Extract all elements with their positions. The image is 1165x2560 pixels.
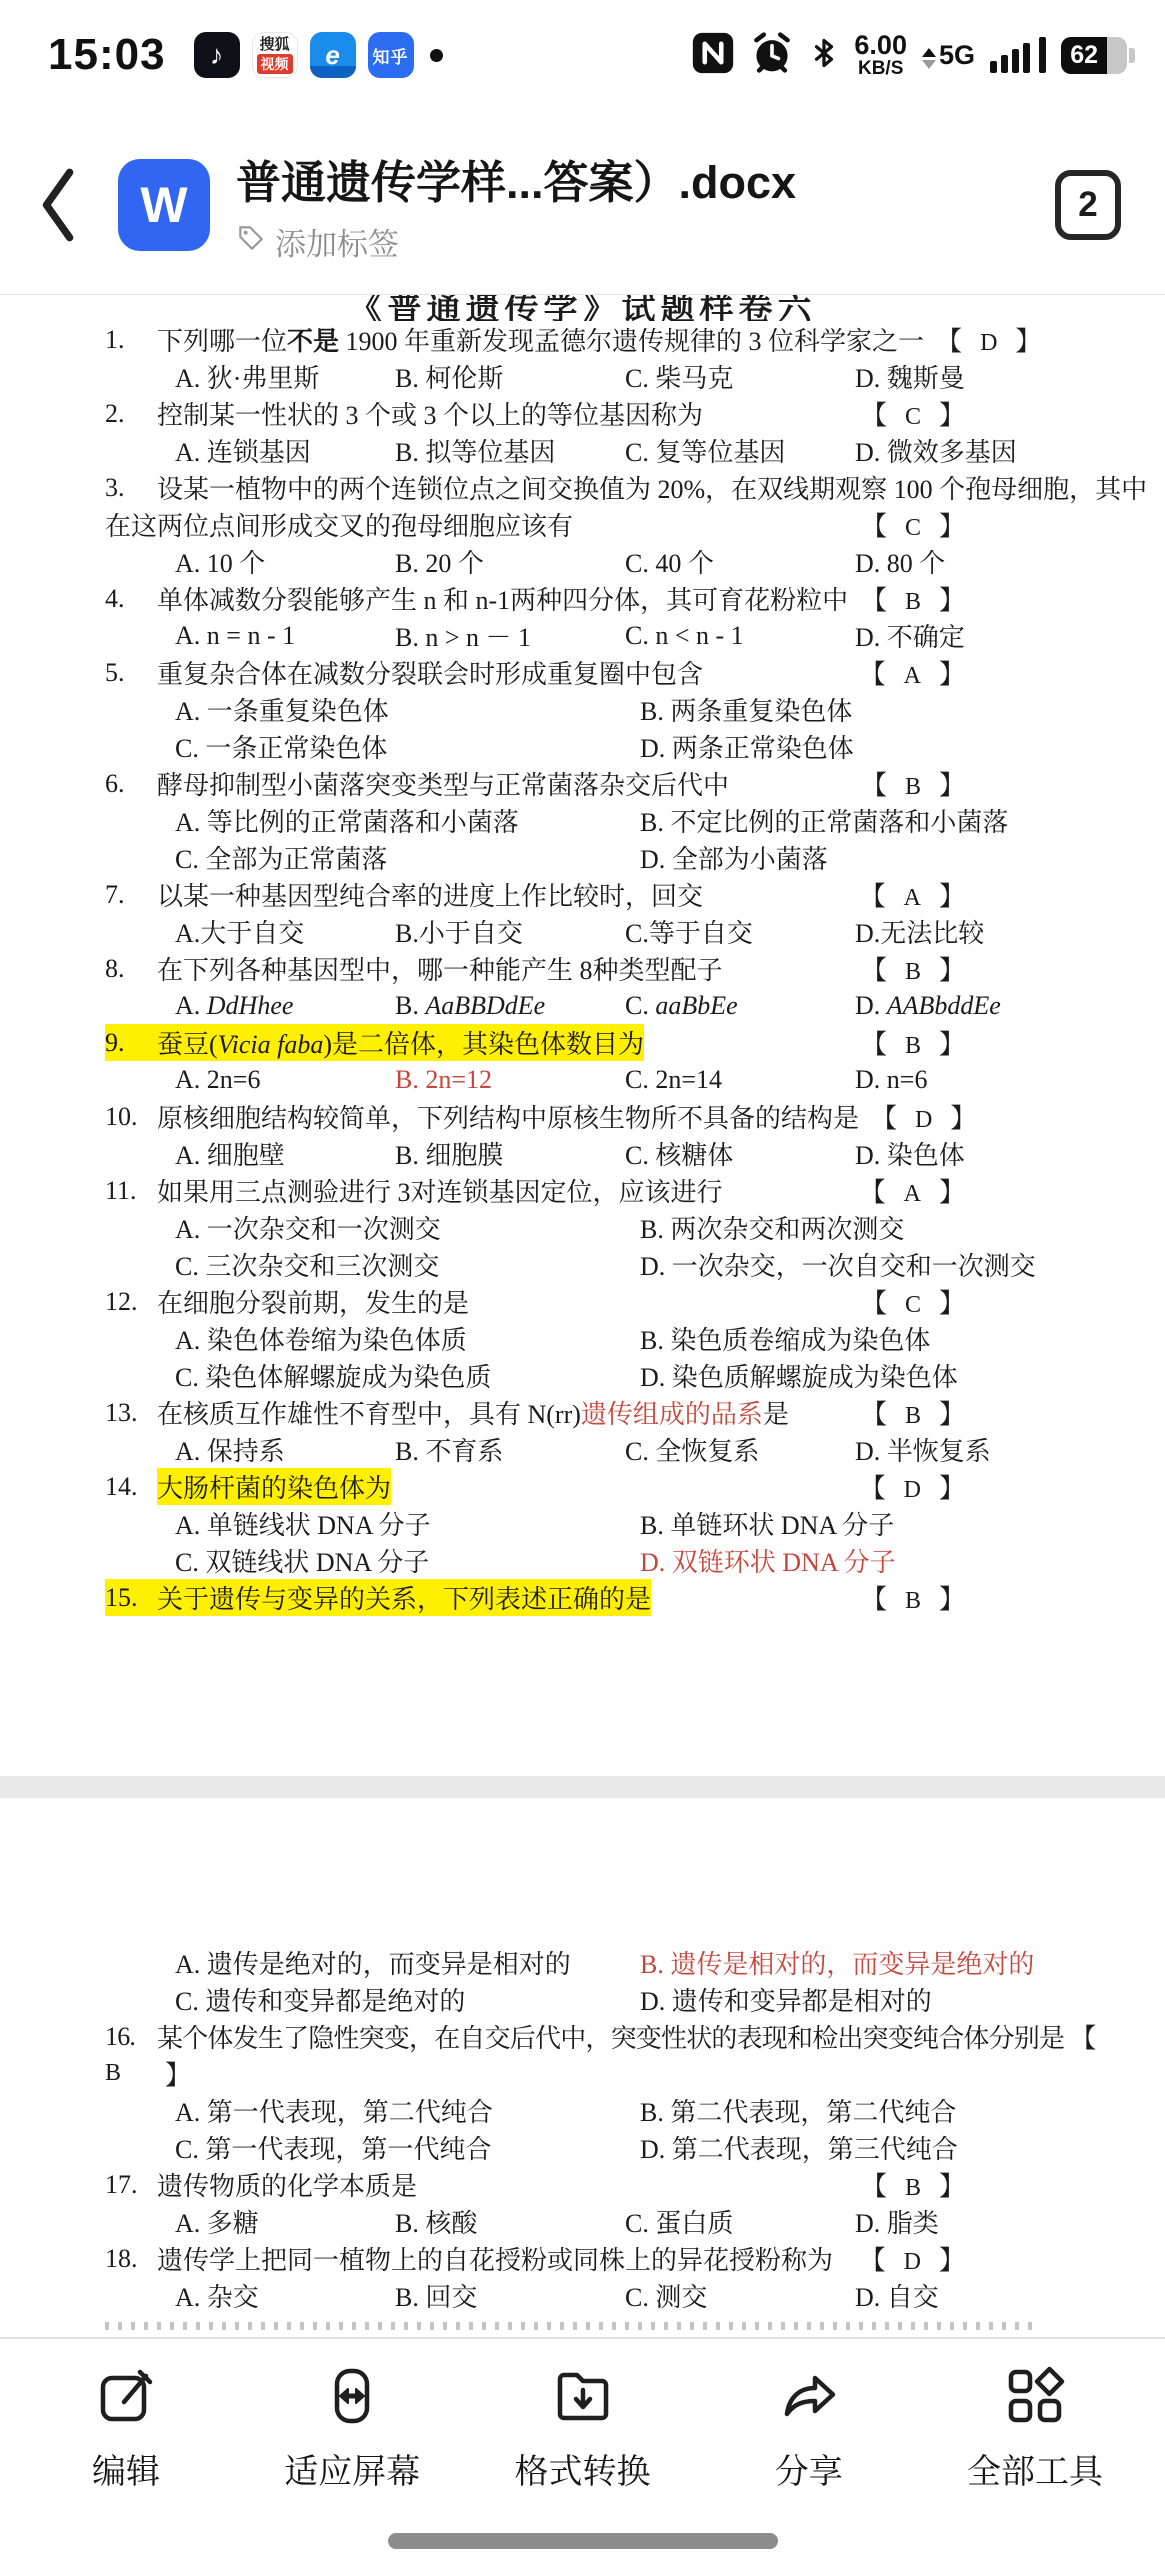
- network-speed-value: 6.00: [854, 31, 907, 59]
- question-row: 8.在下列各种基因型中，哪一种能产生 8种类型配子【B】: [0, 950, 1165, 987]
- eleme-icon: e: [310, 32, 356, 78]
- question-row: 1.下列哪一位不是 1900 年重新发现孟德尔遗传规律的 3 位科学家之一【D】: [0, 321, 1165, 358]
- question-stem: 原核细胞结构较简单，下列结构中原核生物所不具备的结构是: [157, 1098, 859, 1135]
- question-row: 4.单体减数分裂能够产生 n 和 n-1两种四分体，其可育花粉粒中【B】: [0, 580, 1165, 617]
- option-item: B. 拟等位基因: [395, 432, 625, 469]
- question-stem: 重复杂合体在减数分裂联会时形成重复圈中包含: [157, 654, 703, 691]
- question-stem: 在细胞分裂前期，发生的是: [157, 1283, 469, 1320]
- add-tag-button[interactable]: 添加标签: [236, 219, 796, 264]
- option-item: D. n=6: [855, 1065, 1165, 1095]
- zhihu-icon: 知乎: [368, 32, 414, 78]
- option-item: D. 微效多基因: [855, 432, 1165, 469]
- question-stem: 设某一植物中的两个连锁位点之间交换值为 20%，在双线期观察 100 个孢母细胞…: [157, 469, 1147, 506]
- question-stem: 蚕豆(Vicia faba)是二倍体，其染色体数目为: [157, 1024, 644, 1061]
- fit-screen-button[interactable]: 适应屏幕: [278, 2363, 426, 2560]
- option-item: A. 一次杂交和一次测交: [175, 1209, 640, 1246]
- douyin-icon: ♪: [194, 32, 240, 78]
- page-top-margin-marks: [0, 1904, 1165, 1938]
- option-row: A. 连锁基因B. 拟等位基因C. 复等位基因D. 微效多基因: [0, 432, 1165, 469]
- question-row: 2.控制某一性状的 3 个或 3 个以上的等位基因称为【C】: [0, 395, 1165, 432]
- sohu-video-icon: 搜狐 视频: [252, 32, 298, 78]
- network-type-5g: 5G: [922, 42, 975, 69]
- option-item: D. 自交: [855, 2277, 1165, 2314]
- option-item: C. 柴马克: [625, 358, 855, 395]
- back-button[interactable]: [38, 163, 96, 247]
- fit-screen-icon: [320, 2364, 384, 2428]
- answer-bracket: 【A】: [848, 876, 965, 913]
- question-number: 1.: [105, 325, 157, 355]
- option-row: A. 保持系B. 不育系C. 全恢复系D. 半恢复系: [0, 1431, 1165, 1468]
- option-item: A. 多糖: [175, 2203, 395, 2240]
- question-row: 11.如果用三点测验进行 3对连锁基因定位，应该进行【A】: [0, 1172, 1165, 1209]
- option-item: A. 狄·弗里斯: [175, 358, 395, 395]
- question-row: 17.遗传物质的化学本质是【B】: [0, 2166, 1165, 2203]
- option-item: D. AABbddEe: [855, 991, 1165, 1021]
- share-button[interactable]: 分享: [739, 2363, 879, 2560]
- option-item: C. 遗传和变异都是绝对的: [175, 1981, 640, 2018]
- option-item: B. 遗传是相对的，而变异是绝对的: [640, 1944, 1165, 1981]
- clipped-text-line: [0, 2314, 1165, 2336]
- question-row: 7.以某一种基因型纯合率的进度上作比较时，回交【A】: [0, 876, 1165, 913]
- option-item: B. 第二代表现，第二代纯合: [640, 2092, 1165, 2129]
- option-item: D. 不确定: [855, 617, 1165, 654]
- question-row: 10.原核细胞结构较简单，下列结构中原核生物所不具备的结构是【D】: [0, 1098, 1165, 1135]
- option-item: B. 不定比例的正常菌落和小菌落: [640, 802, 1165, 839]
- network-speed: 6.00 KB/S: [854, 31, 907, 79]
- option-row: A. 杂交B. 回交C. 测交D. 自交: [0, 2277, 1165, 2314]
- status-bar: 15:03 ♪ 搜狐 视频 e 知乎 6.00 KB/S: [0, 0, 1165, 96]
- option-item: C. 全部为正常菌落: [175, 839, 640, 876]
- edit-label: 编辑: [92, 2444, 160, 2493]
- answer-bracket: 【D】: [848, 2240, 965, 2277]
- option-item: D. 第二代表现，第三代纯合: [640, 2129, 1165, 2166]
- option-item: D. 魏斯曼: [855, 358, 1165, 395]
- option-item: A. 等比例的正常菌落和小菌落: [175, 802, 640, 839]
- answer-bracket: 【C】: [849, 395, 965, 432]
- option-item: B. AaBBDdEe: [395, 991, 625, 1021]
- question-row: 18.遗传学上把同一植物上的自花授粉或同株上的异花授粉称为【D】: [0, 2240, 1165, 2277]
- question-row: 16.某个体发生了隐性突变，在自交后代中，突变性状的表现和检出突变纯合体分别是【: [0, 2018, 1165, 2055]
- question-number: 7.: [105, 880, 157, 910]
- answer-bracket: 【C】: [849, 506, 965, 543]
- format-convert-icon: [551, 2364, 615, 2428]
- question-number: 14.: [105, 1472, 157, 1502]
- option-item: A. n = n - 1: [175, 621, 395, 651]
- option-row: A. 2n=6B. 2n=12C. 2n=14D. n=6: [0, 1061, 1165, 1098]
- share-arrow-icon: [777, 2364, 841, 2428]
- option-item: C. 染色体解螺旋成为染色质: [175, 1357, 640, 1394]
- option-row: A. DdHheeB. AaBBDdEeC. aaBbEeD. AABbddEe: [0, 987, 1165, 1024]
- question-number: 13.: [105, 1398, 157, 1428]
- option-item: A. 单链线状 DNA 分子: [175, 1505, 640, 1542]
- question-stem: 单体减数分裂能够产生 n 和 n-1两种四分体，其可育花粉粒中: [157, 580, 848, 617]
- question-stem: 某个体发生了隐性突变，在自交后代中，突变性状的表现和检出突变纯合体分别是: [157, 2018, 1064, 2055]
- question-row: 13.在核质互作雄性不育型中，具有 N(rr)遗传组成的品系是【B】: [0, 1394, 1165, 1431]
- question-row: 12.在细胞分裂前期，发生的是【C】: [0, 1283, 1165, 1320]
- all-tools-label: 全部工具: [967, 2444, 1103, 2493]
- edit-pencil-icon: [94, 2364, 158, 2428]
- question-stem: 以某一种基因型纯合率的进度上作比较时，回交: [157, 876, 703, 913]
- option-row: A. 多糖B. 核酸C. 蛋白质D. 脂类: [0, 2203, 1165, 2240]
- option-item: D.无法比较: [855, 913, 1165, 950]
- option-item: D. 双链环状 DNA 分子: [640, 1542, 1165, 1579]
- option-row: A. 细胞壁B. 细胞膜C. 核糖体D. 染色体: [0, 1135, 1165, 1172]
- sohu-text-bottom: 视频: [257, 54, 293, 74]
- answer-bracket: 【B】: [849, 580, 965, 617]
- question-number: 17.: [105, 2170, 157, 2200]
- question-number: 12.: [105, 1287, 157, 1317]
- option-item: A. 细胞壁: [175, 1135, 395, 1172]
- option-item: D. 半恢复系: [855, 1431, 1165, 1468]
- answer-bracket: 【B】: [849, 950, 965, 987]
- question-stem: 酵母抑制型小菌落突变类型与正常菌落杂交后代中: [157, 765, 729, 802]
- option-item: C. 40 个: [625, 543, 855, 580]
- option-item: B. 两次杂交和两次测交: [640, 1209, 1165, 1246]
- question-row-continued: 在这两位点间形成交叉的孢母细胞应该有【C】: [0, 506, 1165, 543]
- answer-bracket: 【B】: [849, 1579, 965, 1616]
- question-number: 16.: [105, 2022, 157, 2052]
- question-stem: 下列哪一位不是 1900 年重新发现孟德尔遗传规律的 3 位科学家之一: [157, 321, 924, 358]
- option-item: C. aaBbEe: [625, 991, 855, 1021]
- option-item: A. 10 个: [175, 543, 395, 580]
- question-number: 3.: [105, 473, 157, 503]
- question-stem: 遗传学上把同一植物上的自花授粉或同株上的异花授粉称为: [157, 2240, 833, 2277]
- answer-bracket: 【A】: [848, 654, 965, 691]
- option-item: D. 80 个: [855, 543, 1165, 580]
- answer-bracket: 【B】: [849, 765, 965, 802]
- question-stem: 控制某一性状的 3 个或 3 个以上的等位基因称为: [157, 395, 703, 432]
- notification-dot-icon: [430, 49, 443, 62]
- answer-bracket: 【B】: [849, 2166, 965, 2203]
- answer-bracket: 【D】: [924, 321, 1041, 358]
- question-stem: 如果用三点测验进行 3对连锁基因定位，应该进行: [157, 1172, 723, 1209]
- option-item: C. 复等位基因: [625, 432, 855, 469]
- option-item: C. 2n=14: [625, 1065, 855, 1095]
- option-item: C.等于自交: [625, 913, 855, 950]
- answer-bracket: 【B】: [849, 1024, 965, 1061]
- option-row: A. 一次杂交和一次测交B. 两次杂交和两次测交C. 三次杂交和三次测交D. 一…: [0, 1209, 1165, 1283]
- option-item: D. 一次杂交，一次自交和一次测交: [640, 1246, 1165, 1283]
- answer-bracket-open: 【: [1070, 2018, 1095, 2055]
- option-item: C. 测交: [625, 2277, 855, 2314]
- question-number: 4.: [105, 584, 157, 614]
- question-row: 9.蚕豆(Vicia faba)是二倍体，其染色体数目为【B】: [0, 1024, 1165, 1061]
- answer-bracket: 【B】: [849, 1394, 965, 1431]
- document-header-text: 普通遗传学样...答案）.docx 添加标签: [236, 146, 796, 264]
- question-row: 5.重复杂合体在减数分裂联会时形成重复圈中包含【A】: [0, 654, 1165, 691]
- option-row: A.大于自交B.小于自交C.等于自交D.无法比较: [0, 913, 1165, 950]
- share-label: 分享: [775, 2444, 843, 2493]
- network-type-label: 5G: [939, 42, 975, 69]
- answer-bracket: 【D】: [859, 1098, 976, 1135]
- option-item: D. 遗传和变异都是相对的: [640, 1981, 1165, 2018]
- app-header: W 普通遗传学样...答案）.docx 添加标签 2: [0, 96, 1165, 295]
- option-item: C. 三次杂交和三次测交: [175, 1246, 640, 1283]
- document-title: 普通遗传学样...答案）.docx: [236, 146, 796, 211]
- option-item: B. 柯伦斯: [395, 358, 625, 395]
- document-content: 《普通遗传学》试题样卷六1.下列哪一位不是 1900 年重新发现孟德尔遗传规律的…: [0, 295, 1165, 2336]
- document-page-title: 《普通遗传学》试题样卷六: [0, 295, 1165, 321]
- page-separator: [0, 1776, 1165, 1798]
- alarm-clock-icon: [750, 31, 794, 80]
- question-number: 6.: [105, 769, 157, 799]
- option-row: A. 10 个B. 20 个C. 40 个D. 80 个: [0, 543, 1165, 580]
- edit-button[interactable]: 编辑: [56, 2363, 196, 2560]
- data-arrows-icon: [922, 48, 936, 69]
- option-item: D. 两条正常染色体: [640, 728, 1165, 765]
- option-item: A.大于自交: [175, 913, 395, 950]
- option-item: B. 两条重复染色体: [640, 691, 1165, 728]
- question-row: 3.设某一植物中的两个连锁位点之间交换值为 20%，在双线期观察 100 个孢母…: [0, 469, 1165, 506]
- question-row: 14.大肠杆菌的染色体为【D】: [0, 1468, 1165, 1505]
- option-row: A. 染色体卷缩为染色体质B. 染色质卷缩成为染色体C. 染色体解螺旋成为染色质…: [0, 1320, 1165, 1394]
- option-item: B. n > n － 1: [395, 617, 625, 654]
- option-item: A. 一条重复染色体: [175, 691, 640, 728]
- option-row: A. 单链线状 DNA 分子B. 单链环状 DNA 分子C. 双链线状 DNA …: [0, 1505, 1165, 1579]
- option-item: B. 回交: [395, 2277, 625, 2314]
- question-stem: 在这两位点间形成交叉的孢母细胞应该有: [105, 506, 573, 543]
- status-indicators: 6.00 KB/S 5G 62: [691, 31, 1135, 80]
- option-row: A. 狄·弗里斯B. 柯伦斯C. 柴马克D. 魏斯曼: [0, 358, 1165, 395]
- window-count-badge[interactable]: 2: [1055, 170, 1121, 240]
- question-number: 5.: [105, 658, 157, 688]
- page-break: [0, 1616, 1165, 1944]
- answer-bracket: 【C】: [849, 1283, 965, 1320]
- sohu-text-top: 搜狐: [260, 36, 290, 54]
- question-number: 15.: [105, 1583, 157, 1613]
- question-row: 6.酵母抑制型小菌落突变类型与正常菌落杂交后代中【B】: [0, 765, 1165, 802]
- option-item: C. 一条正常染色体: [175, 728, 640, 765]
- notification-icons: ♪ 搜狐 视频 e 知乎: [194, 32, 414, 78]
- question-stem: 关于遗传与变异的关系，下列表述正确的是: [157, 1579, 651, 1616]
- option-item: A. 杂交: [175, 2277, 395, 2314]
- bluetooth-icon: [809, 31, 839, 80]
- question-number: 9.: [105, 1028, 157, 1058]
- option-item: B. 细胞膜: [395, 1135, 625, 1172]
- question-row: 15.关于遗传与变异的关系，下列表述正确的是【B】: [0, 1579, 1165, 1616]
- tag-icon: [236, 223, 266, 261]
- all-tools-button[interactable]: 全部工具: [961, 2363, 1109, 2560]
- option-item: B.小于自交: [395, 913, 625, 950]
- option-item: D. 染色体: [855, 1135, 1165, 1172]
- option-item: A. 连锁基因: [175, 432, 395, 469]
- option-item: C. 核糖体: [625, 1135, 855, 1172]
- option-item: C. 蛋白质: [625, 2203, 855, 2240]
- option-item: D. 染色质解螺旋成为染色体: [640, 1357, 1165, 1394]
- format-convert-button[interactable]: 格式转换: [509, 2363, 657, 2560]
- add-tag-label: 添加标签: [275, 219, 399, 264]
- question-stem: 在核质互作雄性不育型中，具有 N(rr)遗传组成的品系是: [157, 1394, 789, 1431]
- document-scroll-area[interactable]: 《普通遗传学》试题样卷六1.下列哪一位不是 1900 年重新发现孟德尔遗传规律的…: [0, 295, 1165, 2336]
- option-row: A. 第一代表现，第二代纯合B. 第二代表现，第二代纯合C. 第一代表现，第一代…: [0, 2092, 1165, 2166]
- option-item: A. 遗传是绝对的，而变异是相对的: [175, 1944, 640, 1981]
- option-row: A. 等比例的正常菌落和小菌落B. 不定比例的正常菌落和小菌落C. 全部为正常菌…: [0, 802, 1165, 876]
- option-row: A. 遗传是绝对的，而变异是相对的B. 遗传是相对的，而变异是绝对的C. 遗传和…: [0, 1944, 1165, 2018]
- option-row: A. 一条重复染色体B. 两条重复染色体C. 一条正常染色体D. 两条正常染色体: [0, 691, 1165, 765]
- option-item: B. 核酸: [395, 2203, 625, 2240]
- option-item: C. 第一代表现，第一代纯合: [175, 2129, 640, 2166]
- eleme-ribbon: [310, 66, 356, 78]
- question-number: 2.: [105, 399, 157, 429]
- option-item: A. 第一代表现，第二代纯合: [175, 2092, 640, 2129]
- question-number: 8.: [105, 954, 157, 984]
- option-item: C. n < n - 1: [625, 621, 855, 651]
- option-item: D. 脂类: [855, 2203, 1165, 2240]
- option-row: A. n = n - 1B. n > n － 1C. n < n - 1D. 不…: [0, 617, 1165, 654]
- option-item: B. 2n=12: [395, 1065, 625, 1095]
- question-stem: 在下列各种基因型中，哪一种能产生 8种类型配子: [157, 950, 723, 987]
- nfc-icon: [691, 31, 735, 80]
- question-stem: 大肠杆菌的染色体为: [157, 1468, 391, 1505]
- option-item: A. DdHhee: [175, 991, 395, 1021]
- question-number: 10.: [105, 1102, 157, 1132]
- word-file-icon: W: [118, 159, 210, 251]
- option-item: A. 染色体卷缩为染色体质: [175, 1320, 640, 1357]
- option-item: B. 单链环状 DNA 分子: [640, 1505, 1165, 1542]
- network-speed-unit: KB/S: [858, 59, 903, 79]
- option-item: A. 2n=6: [175, 1065, 395, 1095]
- option-item: B. 20 个: [395, 543, 625, 580]
- option-item: C. 全恢复系: [625, 1431, 855, 1468]
- all-tools-grid-icon: [1003, 2364, 1067, 2428]
- question-stem: 遗传物质的化学本质是: [157, 2166, 417, 2203]
- option-item: A. 保持系: [175, 1431, 395, 1468]
- battery-percent: 62: [1061, 37, 1107, 74]
- clock-time: 15:03: [48, 30, 166, 80]
- question-number: 11.: [105, 1176, 157, 1206]
- signal-bars-icon: [990, 37, 1046, 73]
- option-item: D. 全部为小菌落: [640, 839, 1165, 876]
- bottom-toolbar: 编辑 适应屏幕 格式转换 分享 全部工具: [0, 2337, 1165, 2560]
- home-indicator[interactable]: [388, 2533, 778, 2549]
- question-number: 18.: [105, 2244, 157, 2274]
- answer-bracket: 【A】: [848, 1172, 965, 1209]
- answer-bracket-wrapped: B】: [0, 2055, 1165, 2092]
- answer-bracket: 【D】: [848, 1468, 965, 1505]
- format-convert-label: 格式转换: [515, 2444, 651, 2493]
- option-item: B. 染色质卷缩成为染色体: [640, 1320, 1165, 1357]
- fit-screen-label: 适应屏幕: [284, 2444, 420, 2493]
- option-item: C. 双链线状 DNA 分子: [175, 1542, 640, 1579]
- option-item: B. 不育系: [395, 1431, 625, 1468]
- battery-indicator: 62: [1061, 37, 1135, 74]
- page-bottom-margin-marks: [0, 1628, 1165, 1662]
